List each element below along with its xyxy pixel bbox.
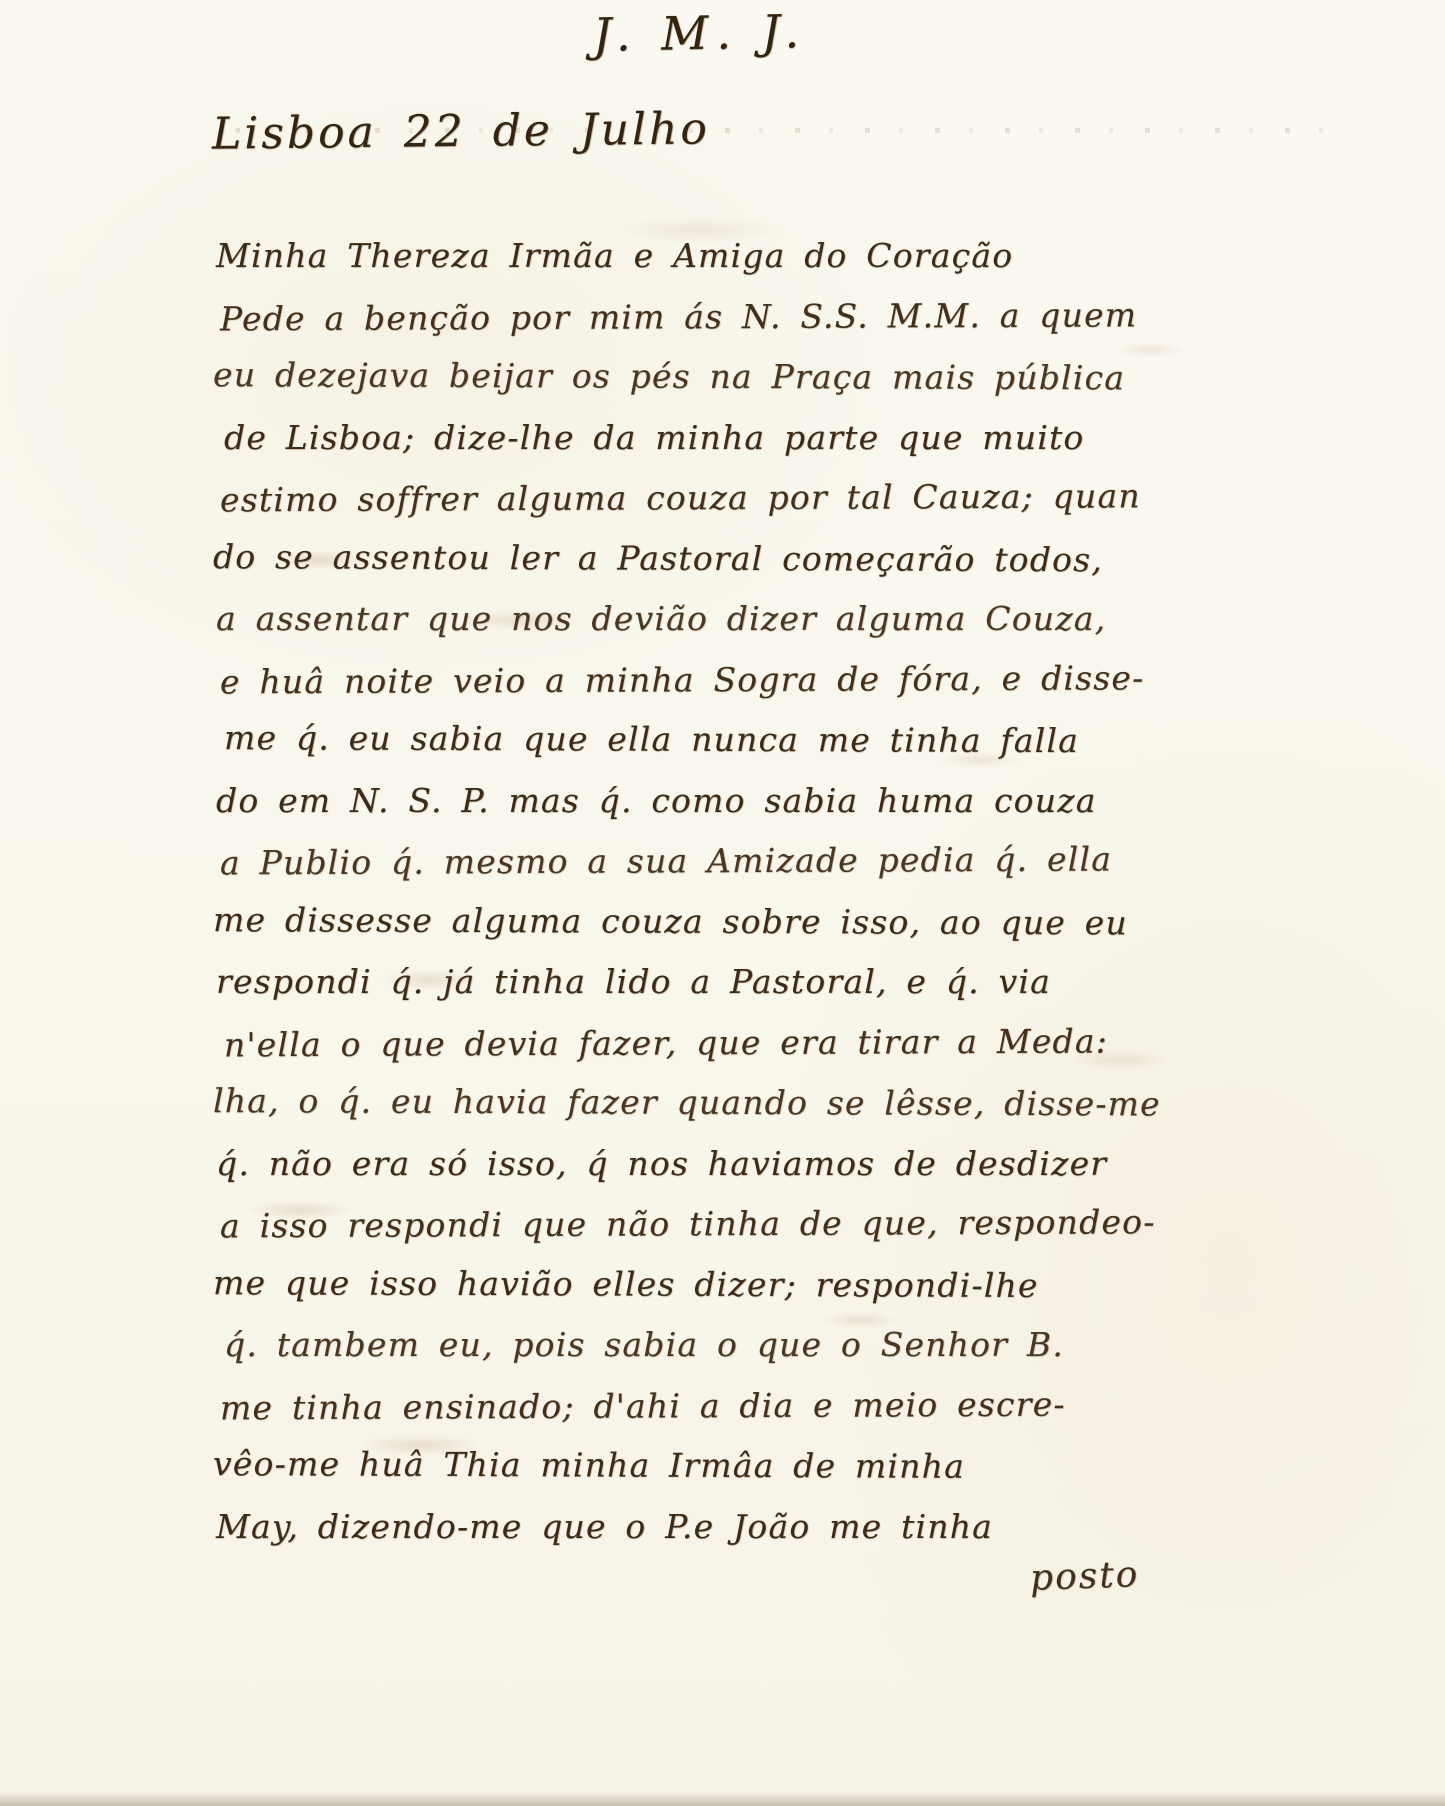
letter-line: me q́. eu sabia que ella nunca me tinha …	[224, 708, 1295, 772]
letter-line: de Lisboa; dize-lhe da minha parte que m…	[224, 408, 1295, 469]
letter-line: me dissesse alguma couza sobre isso, ao …	[213, 890, 1295, 954]
letter-line: a Publio q́. mesmo a sua Amizade pedia q…	[220, 829, 1295, 894]
letter-line: do se assentou ler a Pastoral começarão …	[213, 527, 1295, 591]
letter-line: respondi q́. já tinha lido a Pastoral, e…	[216, 952, 1295, 1013]
letter-line: q́. tambem eu, pois sabia o que o Senhor…	[224, 1315, 1295, 1376]
letter-line: me tinha ensinado; d'ahi a dia e meio es…	[220, 1373, 1295, 1438]
letter-line: q́. não era só isso, q́ nos haviamos de …	[216, 1134, 1295, 1195]
letter-line: vêo-me huâ Thia minha Irmâa de minha	[213, 1434, 1295, 1498]
catchword: posto	[1029, 1554, 1140, 1599]
letter-line: Minha Thereza Irmãa e Amiga do Coração	[216, 226, 1295, 287]
letter-line: a isso respondi que não tinha de que, re…	[220, 1192, 1295, 1257]
letter-line: n'ella o que devia fazer, que era tirar …	[224, 1010, 1295, 1075]
letter-line: e huâ noite veio a minha Sogra de fóra, …	[220, 647, 1295, 712]
letter-line: do em N. S. P. mas q́. como sabia huma c…	[216, 771, 1295, 832]
letter-body: Minha Thereza Irmãa e Amiga do CoraçãoPe…	[216, 226, 1295, 1557]
monogram-header: J. M. J.	[540, 3, 861, 63]
letter-line: lha, o q́. eu havia fazer quando se lêss…	[213, 1071, 1295, 1135]
letter-line: a assentar que nos devião dizer alguma C…	[216, 589, 1295, 650]
page-bottom-edge-shadow	[0, 1792, 1445, 1806]
letter-line: eu dezejava beijar os pés na Praça mais …	[213, 345, 1295, 409]
letter-line: Pede a benção por mim ás N. S.S. M.M. a …	[220, 284, 1295, 349]
letter-line: estimo soffrer alguma couza por tal Cauz…	[220, 466, 1295, 531]
letter-line: me que isso havião elles dizer; respondi…	[213, 1253, 1295, 1317]
manuscript-page: J. M. J. Lisboa 22 de Julho Minha Therez…	[0, 0, 1445, 1806]
letter-line: May, dizendo-me que o P.e João me tinha	[216, 1497, 1295, 1558]
dateline: Lisboa 22 de Julho	[212, 103, 710, 159]
